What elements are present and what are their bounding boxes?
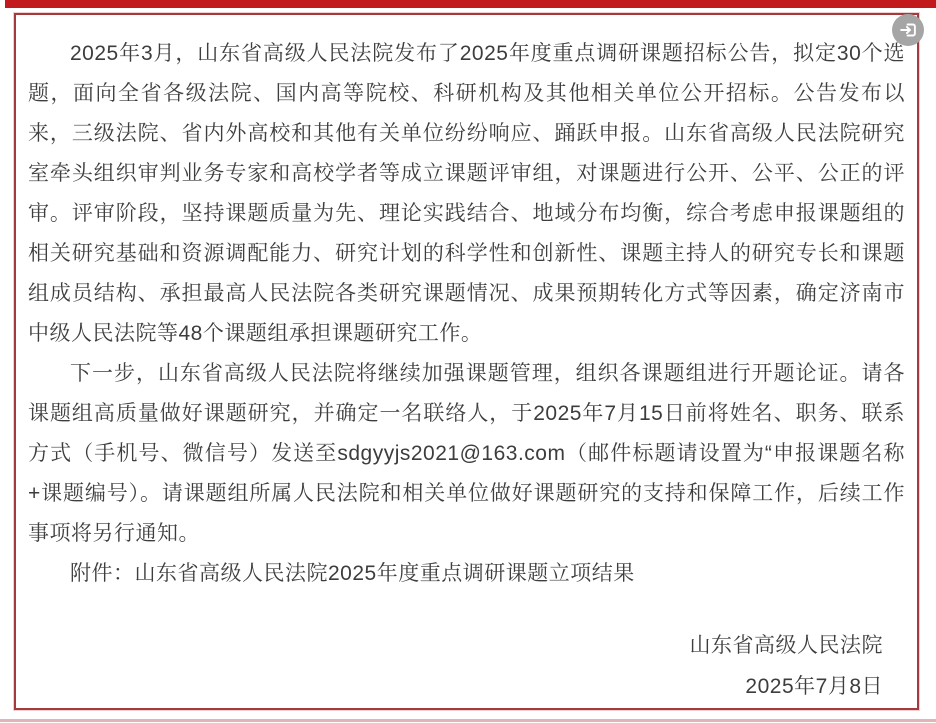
paragraph-evaluation-summary: 2025年3月，山东省高级人民法院发布了2025年度重点调研课题招标公告，拟定3…: [28, 34, 905, 354]
jump-to-source-button[interactable]: [892, 14, 924, 46]
signature-block: 山东省高级人民法院 2025年7月8日: [28, 625, 905, 707]
bottom-pink-line: [0, 719, 936, 722]
issuing-authority: 山东省高级人民法院: [28, 625, 883, 666]
paragraph-attachment: 附件：山东省高级人民法院2025年度重点调研课题立项结果: [28, 554, 905, 594]
issue-date: 2025年7月8日: [28, 666, 883, 707]
paragraph-next-steps: 下一步，山东省高级人民法院将继续加强课题管理，组织各课题组进行开题论证。请各课题…: [28, 354, 905, 554]
notice-body: 2025年3月，山东省高级人民法院发布了2025年度重点调研课题招标公告，拟定3…: [28, 34, 905, 594]
box-arrow-in-right-icon: [897, 19, 919, 41]
notice-bordered-box: 2025年3月，山东省高级人民法院发布了2025年度重点调研课题招标公告，拟定3…: [14, 13, 919, 710]
top-red-bar: [5, 0, 936, 8]
announcement-page: 2025年3月，山东省高级人民法院发布了2025年度重点调研课题招标公告，拟定3…: [0, 0, 936, 723]
